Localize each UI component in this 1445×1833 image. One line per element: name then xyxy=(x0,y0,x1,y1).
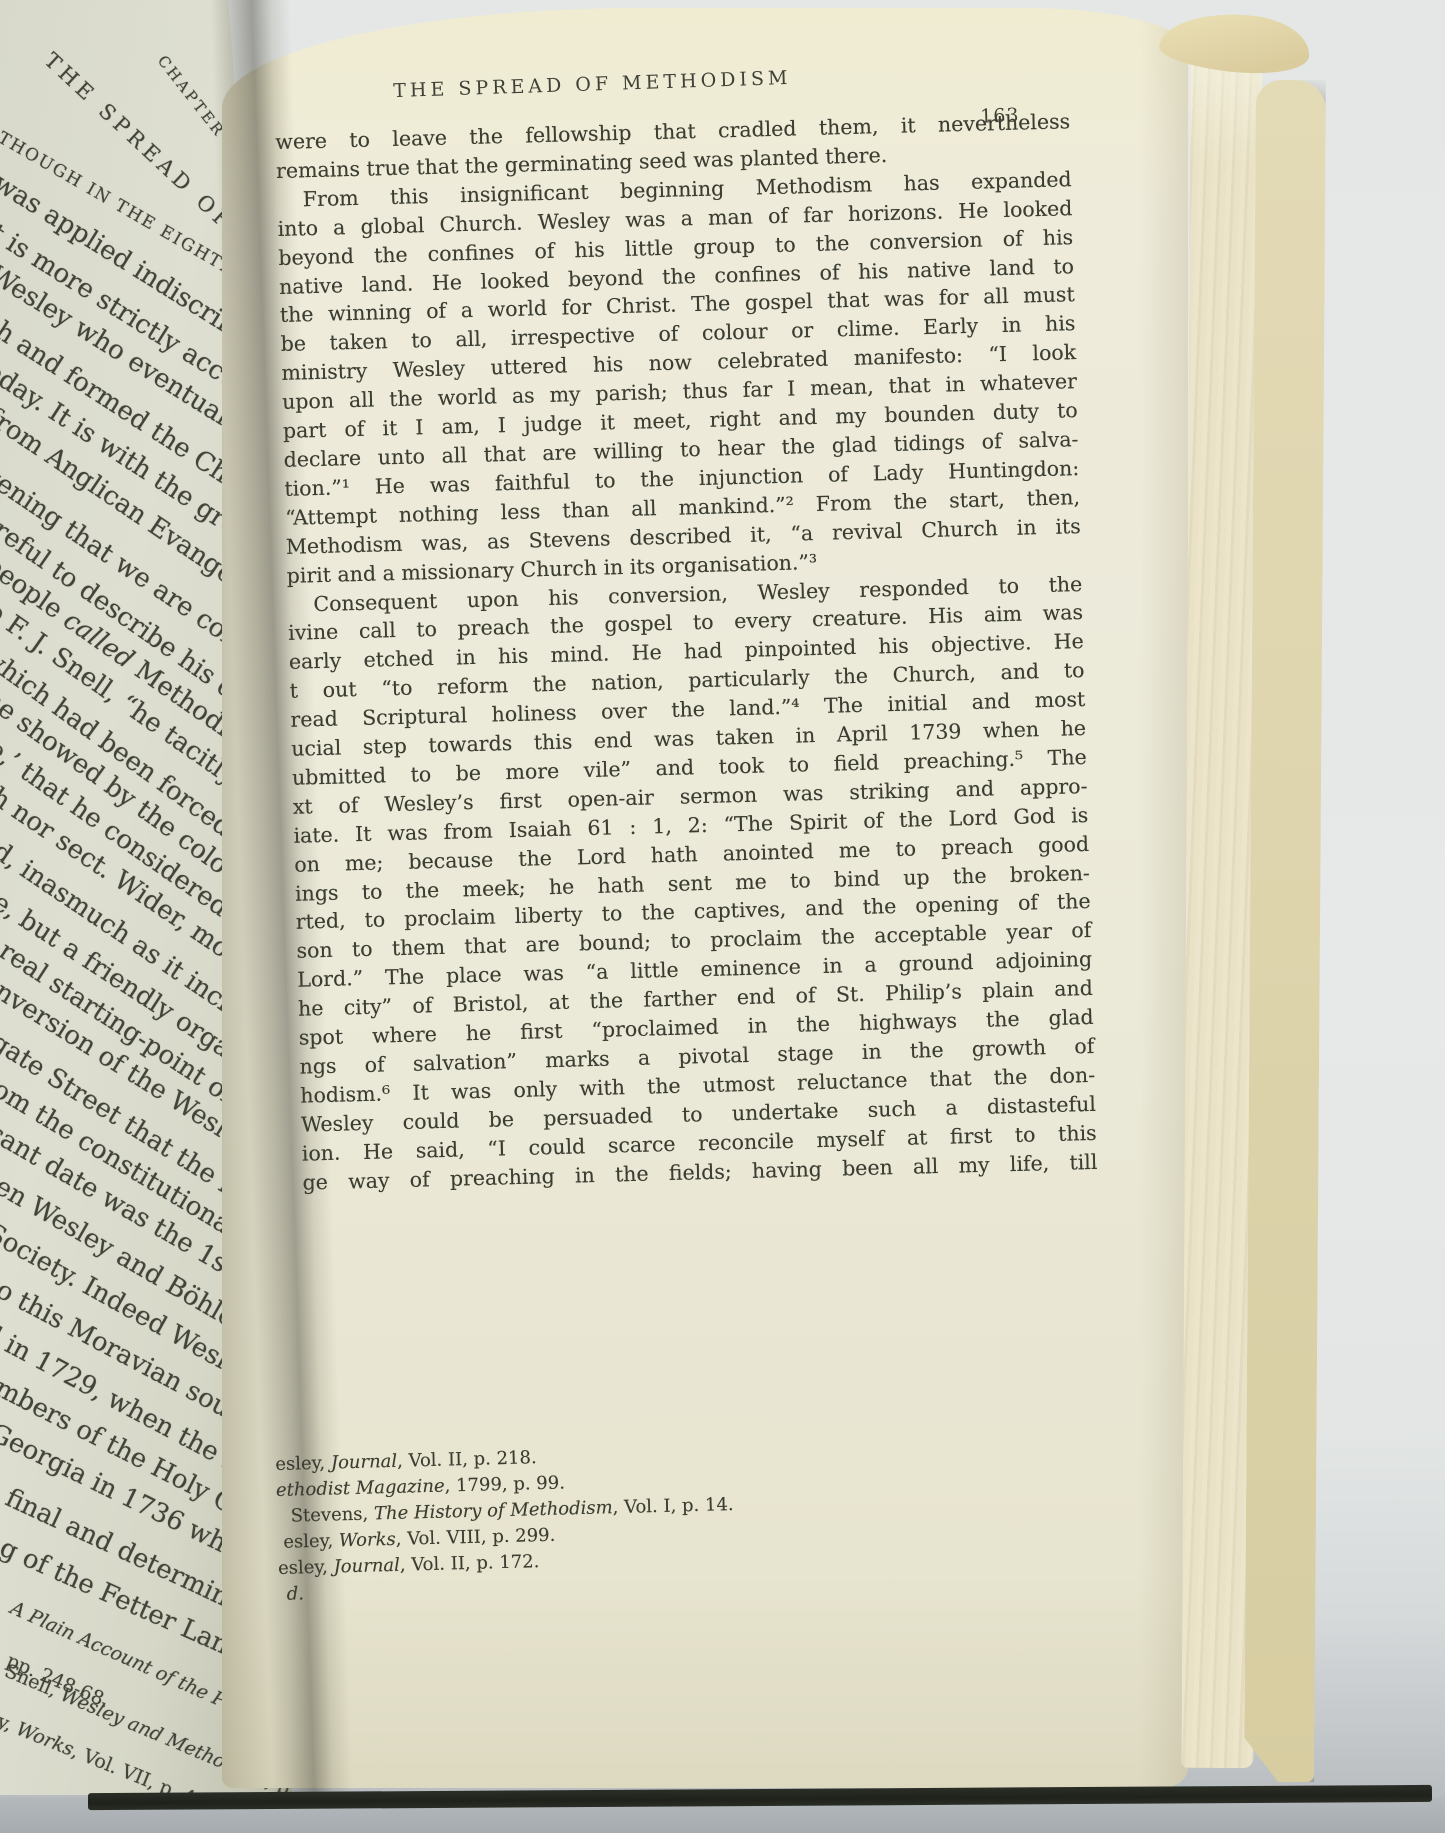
book-photo-scene: CHAPTER XI THE SPREAD OF ME LTHOUGH IN T… xyxy=(0,0,1445,1833)
jacket-flap-edge xyxy=(1244,80,1326,1782)
footnote-block: esley, Journal, Vol. II, p. 218.ethodist… xyxy=(275,1431,1074,1608)
body-text: were to leave the fellowship that cradle… xyxy=(275,107,1098,1197)
